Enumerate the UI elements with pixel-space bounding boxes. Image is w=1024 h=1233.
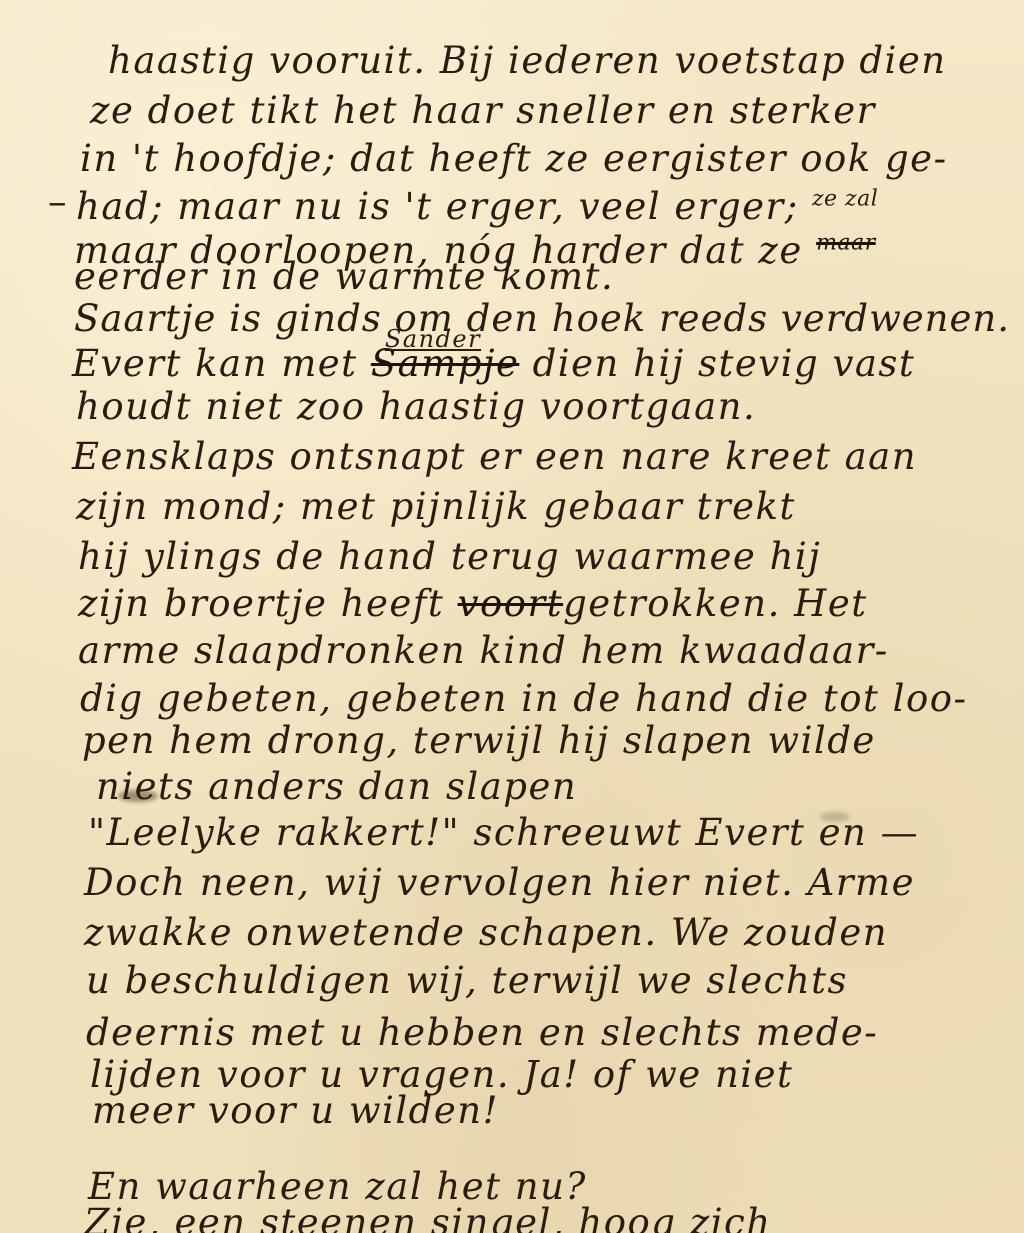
manuscript-line-9: houdt niet zoo haastig voortgaan. <box>76 388 756 425</box>
manuscript-line-7: Saartje is ginds om den hoek reeds verdw… <box>74 300 1010 337</box>
manuscript-page: haastig vooruit. Bij iederen voetstap di… <box>0 0 1024 1233</box>
manuscript-line-25: En waarheen zal het nu? <box>88 1168 587 1205</box>
manuscript-line-26: Zie, een steenen singel, hoog zich <box>84 1204 772 1233</box>
manuscript-line-11: zijn mond; met pijnlijk gebaar trekt <box>76 488 796 525</box>
struck-word: maar <box>816 231 876 256</box>
manuscript-line-3: in 't hoofdje; dat heeft ze eergister oo… <box>80 140 948 177</box>
manuscript-line-21: u beschuldigen wij, terwijl we slechts <box>86 962 848 999</box>
manuscript-line-12: hij ylings de hand terug waarmee hij <box>78 538 821 575</box>
manuscript-line-15: dig gebeten, gebeten in de hand die tot … <box>80 680 968 717</box>
manuscript-line-2: ze doet tikt het haar sneller en sterker <box>90 92 876 129</box>
manuscript-line-16: pen hem drong, terwijl hij slapen wilde <box>82 722 876 759</box>
manuscript-line-17: niets anders dan slapen <box>96 768 577 805</box>
manuscript-line-14: arme slaapdronken kind hem kwaadaar- <box>78 632 889 669</box>
manuscript-line-1: haastig vooruit. Bij iederen voetstap di… <box>108 42 947 79</box>
manuscript-line-10: Eensklaps ontsnapt er een nare kreet aan <box>72 438 917 475</box>
manuscript-line-23: lijden voor u vragen. Ja! of we niet <box>90 1056 793 1093</box>
line-text: had; maar nu is 't erger, veel erger; <box>76 185 799 228</box>
manuscript-line-6: eerder in de warmte komt. <box>74 258 614 295</box>
manuscript-line-22: deernis met u hebben en slechts mede- <box>86 1014 878 1051</box>
line-text: Evert kan met <box>72 342 358 385</box>
manuscript-line-18: "Leelyke rakkert!" schreeuwt Evert en — <box>88 814 919 851</box>
manuscript-line-4: had; maar nu is 't erger, veel erger; ze… <box>76 188 878 225</box>
manuscript-line-20: zwakke onwetende schapen. We zouden <box>84 914 888 951</box>
struck-word: voort <box>458 582 564 625</box>
manuscript-line-19: Doch neen, wij vervolgen hier niet. Arme <box>84 864 915 901</box>
line-text: zijn broertje heeft <box>78 582 444 625</box>
interlinear-insertion: Sander <box>385 327 481 351</box>
manuscript-line-24: meer voor u wilden! <box>92 1092 499 1129</box>
line-text: dien hij stevig vast <box>533 342 916 385</box>
line-text: getrokken. Het <box>563 582 868 625</box>
interlinear-insertion: ze zal <box>812 187 878 212</box>
manuscript-line-8: Evert kan met Sampje Sander dien hij ste… <box>72 345 915 382</box>
manuscript-line-13: zijn broertje heeft voortgetrokken. Het <box>78 585 868 622</box>
margin-dash-mark: – <box>48 180 67 223</box>
correction: Sampje Sander <box>371 345 520 382</box>
